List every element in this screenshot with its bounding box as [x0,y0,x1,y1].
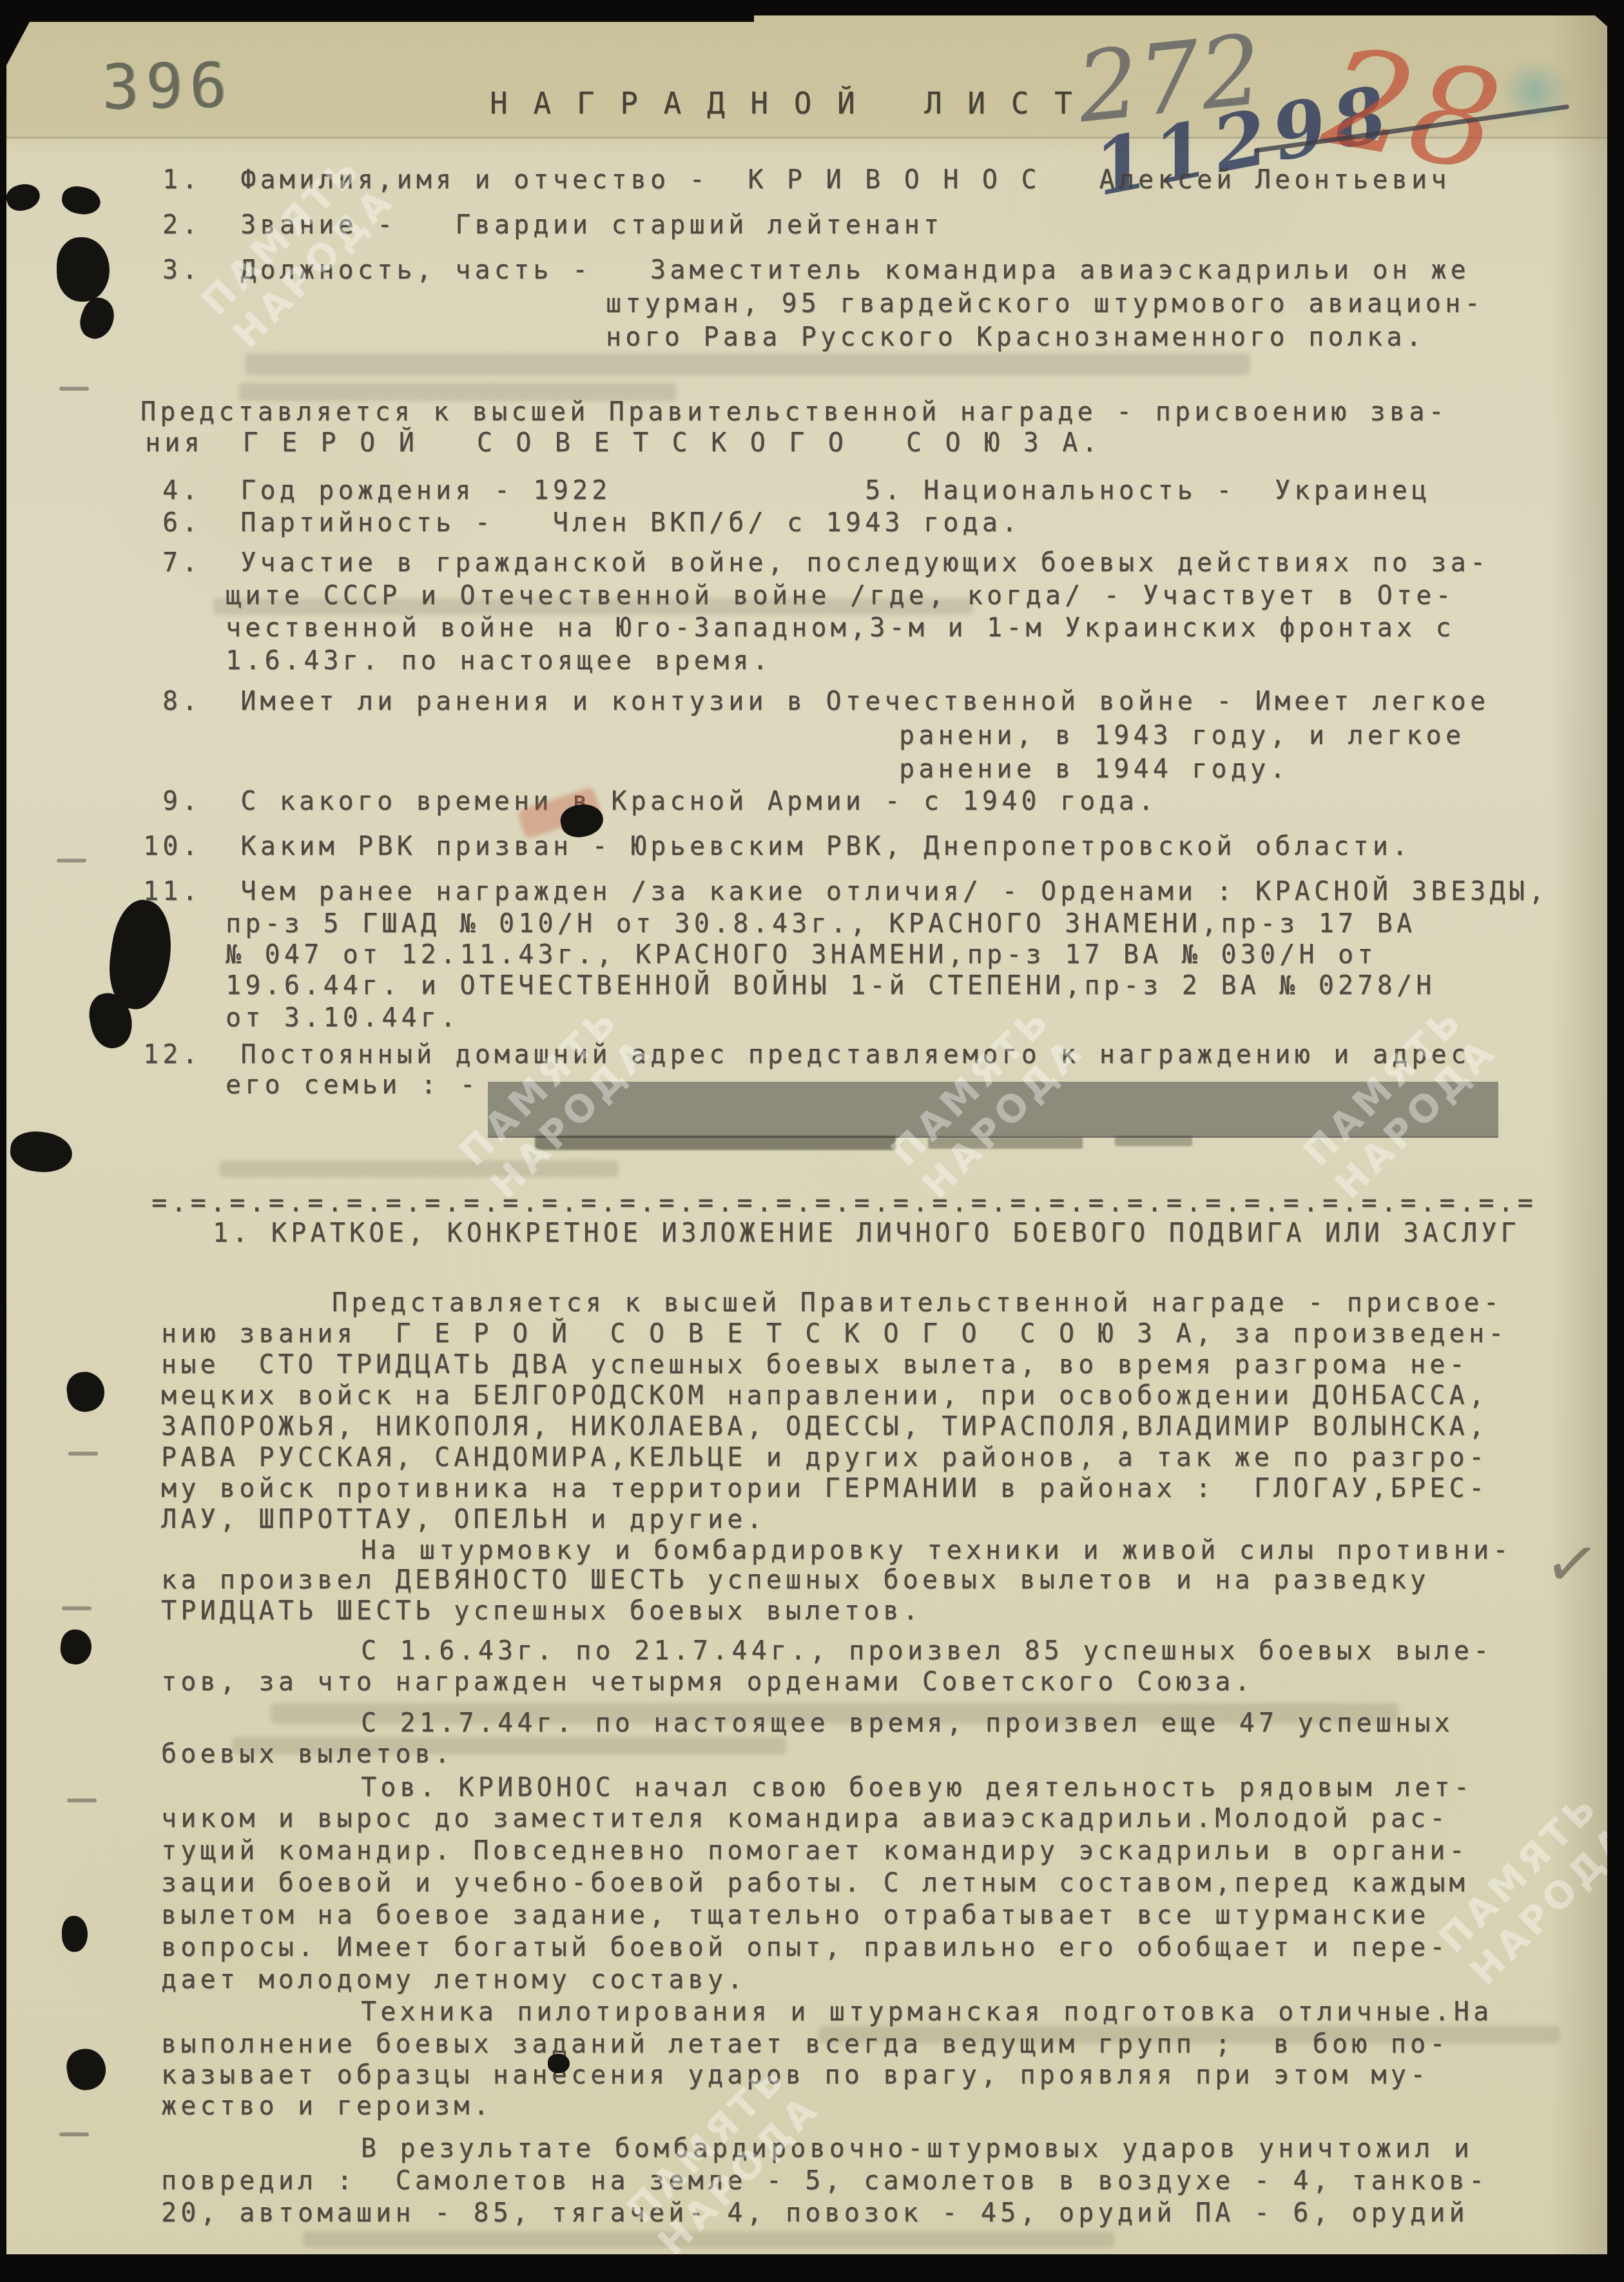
field-7-line-4: 1.6.43г. по настоящее время. [226,647,772,675]
field-3-position-line-3: ного Рава Русского Краснознаменного полк… [606,324,1426,351]
citation-heading: 1. КРАТКОЕ, КОНКРЕТНОЕ ИЗЛОЖЕНИЕ ЛИЧНОГО… [213,1220,1520,1247]
field-12-line-1: 12. Постоянный домашний адрес представля… [143,1041,1470,1069]
citation-line: ка произвел ДЕВЯНОСТО ШЕСТЬ успешных бое… [161,1566,1429,1594]
field-7-line-1: 7. Участие в гражданской войне, последую… [162,549,1489,577]
page-number-stamp: 396 [101,49,233,124]
citation-line: РАВА РУССКАЯ, САНДОМИРА,КЕЛЬЦЕ и других … [161,1444,1488,1472]
citation-line: жество и героизм. [161,2092,493,2120]
citation-line: Представляется к высшей Правительственно… [332,1289,1503,1317]
field-11-line-2: пр-з 5 ГШАД № 010/Н от 30.8.43г., КРАСНО… [226,910,1416,938]
ink-blot [548,2054,570,2073]
citation-line: вылетом на боевое задание, тщательно отр… [161,1902,1429,1929]
citation-line: 20, автомашин - 85, тягачей- 4, повозок … [161,2199,1469,2227]
field-11-line-1: 11. Чем ранее награжден /за какие отличи… [143,878,1548,906]
citation-line: тущий командир. Повседневно помогает ком… [161,1837,1469,1865]
field-9-army-since: 9. С какого времени в Красной Армии - с … [162,788,1157,815]
margin-dash [59,387,89,391]
scan-edge-top [748,0,1624,15]
citation-line: чиком и вырос до заместителя командира а… [161,1805,1449,1833]
citation-line: На штурмовку и бомбардировку техники и ж… [361,1537,1513,1565]
field-3-position-line-1: 3. Должность, часть - Заместитель команд… [162,257,1470,284]
struck-text-remnant [535,1136,896,1150]
citation-line: С 1.6.43г. по 21.7.44г., произвел 85 усп… [361,1637,1493,1665]
field-11-line-4: 19.6.44г. и ОТЕЧЕСТВЕННОЙ ВОЙНЫ 1-й СТЕП… [226,972,1436,1000]
citation-line: ЗАПОРОЖЬЯ, НИКОПОЛЯ, НИКОЛАЕВА, ОДЕССЫ, … [161,1413,1488,1441]
citation-line: дает молодому летному составу. [161,1966,746,1994]
citation-line: Техника пилотирования и штурманская подг… [361,1998,1493,2026]
scan-edge-right [1607,0,1624,2282]
scan-edge-bottom [0,2254,1624,2282]
recommendation-line-1: Представляется к высшей Правительственно… [140,398,1448,426]
citation-line: ные СТО ТРИДЦАТЬ ДВА успешных боевых выл… [161,1351,1469,1379]
margin-dash [57,859,86,863]
ink-blot [57,237,110,302]
field-12-line-2: его семьи : - [226,1071,479,1099]
citation-line: С 21.7.44г. по настоящее время, произвел… [361,1710,1454,1737]
field-7-line-3: чественной войне на Юго-Западном,3-м и 1… [226,614,1455,642]
field-8-line-2: ранени, в 1943 году, и легкое [899,722,1465,750]
document-title: Н А Г Р А Д Н О Й Л И С Т [490,88,1076,120]
award-sheet-scan: 396 Н А Г Р А Д Н О Й Л И С Т 272 11298 … [0,0,1624,2282]
margin-dash [59,2132,89,2136]
citation-line: боевых вылетов. [161,1741,454,1768]
field-6-party: 6. Партийность - Член ВКП/б/ с 1943 года… [162,509,1021,537]
recommendation-line-2: ния Г Е Р О Й С О В Е Т С К О Г О С О Ю … [145,429,1101,457]
ink-blot [62,1916,88,1952]
field-11-line-3: № 047 от 12.11.43г., КРАСНОГО ЗНАМЕНИ,пр… [226,941,1377,969]
bleed-smudge [245,353,1250,375]
scan-edge-left [0,0,6,2282]
citation-line: В результате бомбардировочно-штурмовых у… [361,2135,1473,2163]
field-4-5-birth-nationality: 4. Год рождения - 1922 5. Национальность… [162,477,1431,505]
citation-line: ТРИДЦАТЬ ШЕСТЬ успешных боевых вылетов. [161,1597,922,1625]
citation-line: выполнение боевых заданий летает всегда … [161,2031,1449,2058]
field-11-line-5: от 3.10.44г. [226,1004,459,1032]
citation-line: нию звания Г Е Р О Й С О В Е Т С К О Г О… [161,1320,1507,1348]
citation-line: ЛАУ, ШПРОТТАУ, ОПЕЛЬН и другие. [161,1506,766,1534]
citation-line: му войск противника на территории ГЕРМАН… [161,1475,1488,1503]
margin-dash [68,1452,98,1456]
scan-edge-top [0,0,754,22]
citation-line: вопросы. Имеет богатый боевой опыт, прав… [161,1934,1449,1962]
citation-line: зации боевой и учебно-боевой работы. С л… [161,1869,1469,1897]
field-8-line-3: ранение в 1944 году. [899,756,1290,783]
section-divider: =.=.=.=.=.=.=.=.=.=.=.=.=.=.=.=.=.=.=.=.… [151,1189,1537,1217]
field-3-position-line-2: штурман, 95 гвардейского штурмового авиа… [606,290,1484,318]
citation-line: тов, за что награжден четырмя орденами С… [161,1668,1254,1696]
field-7-line-2: щите СССР и Отечественной войне /где, ко… [226,582,1455,610]
teal-ink-smudge [1500,59,1570,124]
citation-line: мецких войск на БЕЛГОРОДСКОМ направлении… [161,1382,1488,1410]
struck-text-remnant [1115,1136,1192,1146]
citation-line: Тов. КРИВОНОС начал свою боевую деятельн… [361,1774,1473,1802]
bleed-smudge [219,1160,619,1177]
citation-line: повредил : Самолетов на земле - 5, самол… [161,2167,1488,2195]
field-8-line-1: 8. Имеет ли ранения и контузии в Отечест… [162,688,1489,716]
field-10-drafted-by: 10. Каким РВК призван - Юрьевским РВК, Д… [143,833,1411,861]
margin-dash [62,1606,92,1610]
margin-dash [67,1799,97,1802]
